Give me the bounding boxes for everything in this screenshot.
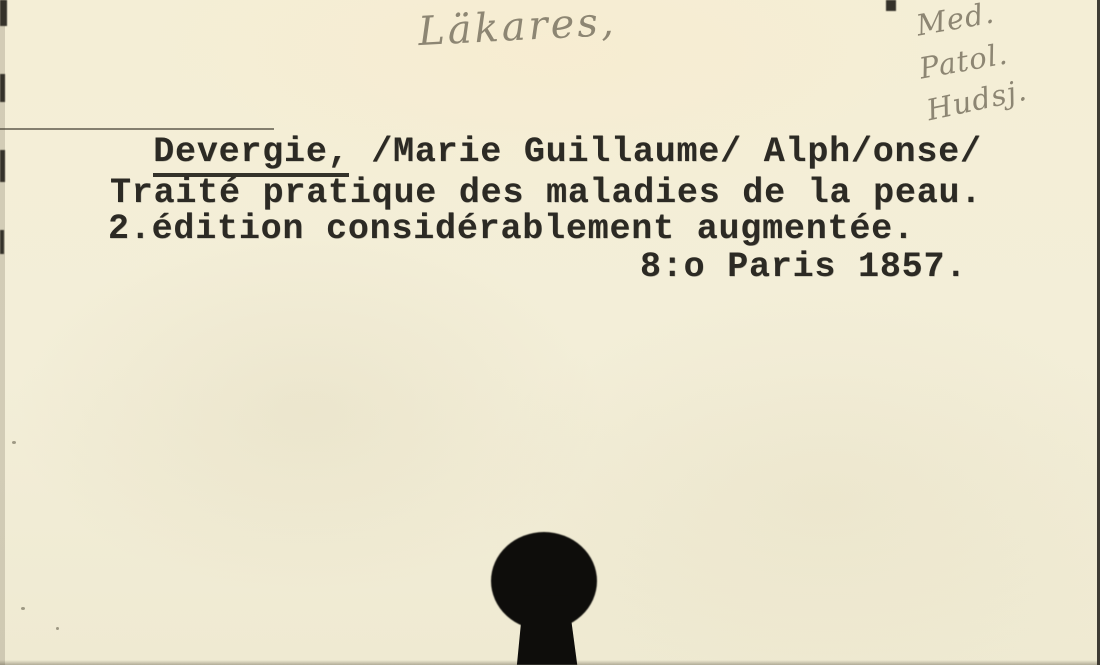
author-name-rest: /Marie Guillaume/ Alph/onse/ [349,132,981,172]
author-name-underlined: Devergie, [153,132,349,177]
paper-speck [12,441,16,444]
edge-mark [0,0,7,26]
paper-speck [56,627,59,630]
handwritten-subject-annotation: Läkares, [417,0,618,55]
edge-mark [0,230,4,254]
paper-speck [21,607,25,610]
catalog-card: Läkares, Med. Patol. Hudsj. Devergie, /M… [0,0,1100,665]
edge-mark [0,150,5,182]
imprint-line: 8:o Paris 1857. [640,250,967,285]
title-line: Traité pratique des maladies de la peau. [110,176,982,211]
edge-mark [0,74,5,102]
handwritten-classification-line: Med. [914,0,997,43]
edge-mark [886,0,896,11]
edition-line: 2.édition considérablement augmentée. [108,212,915,247]
